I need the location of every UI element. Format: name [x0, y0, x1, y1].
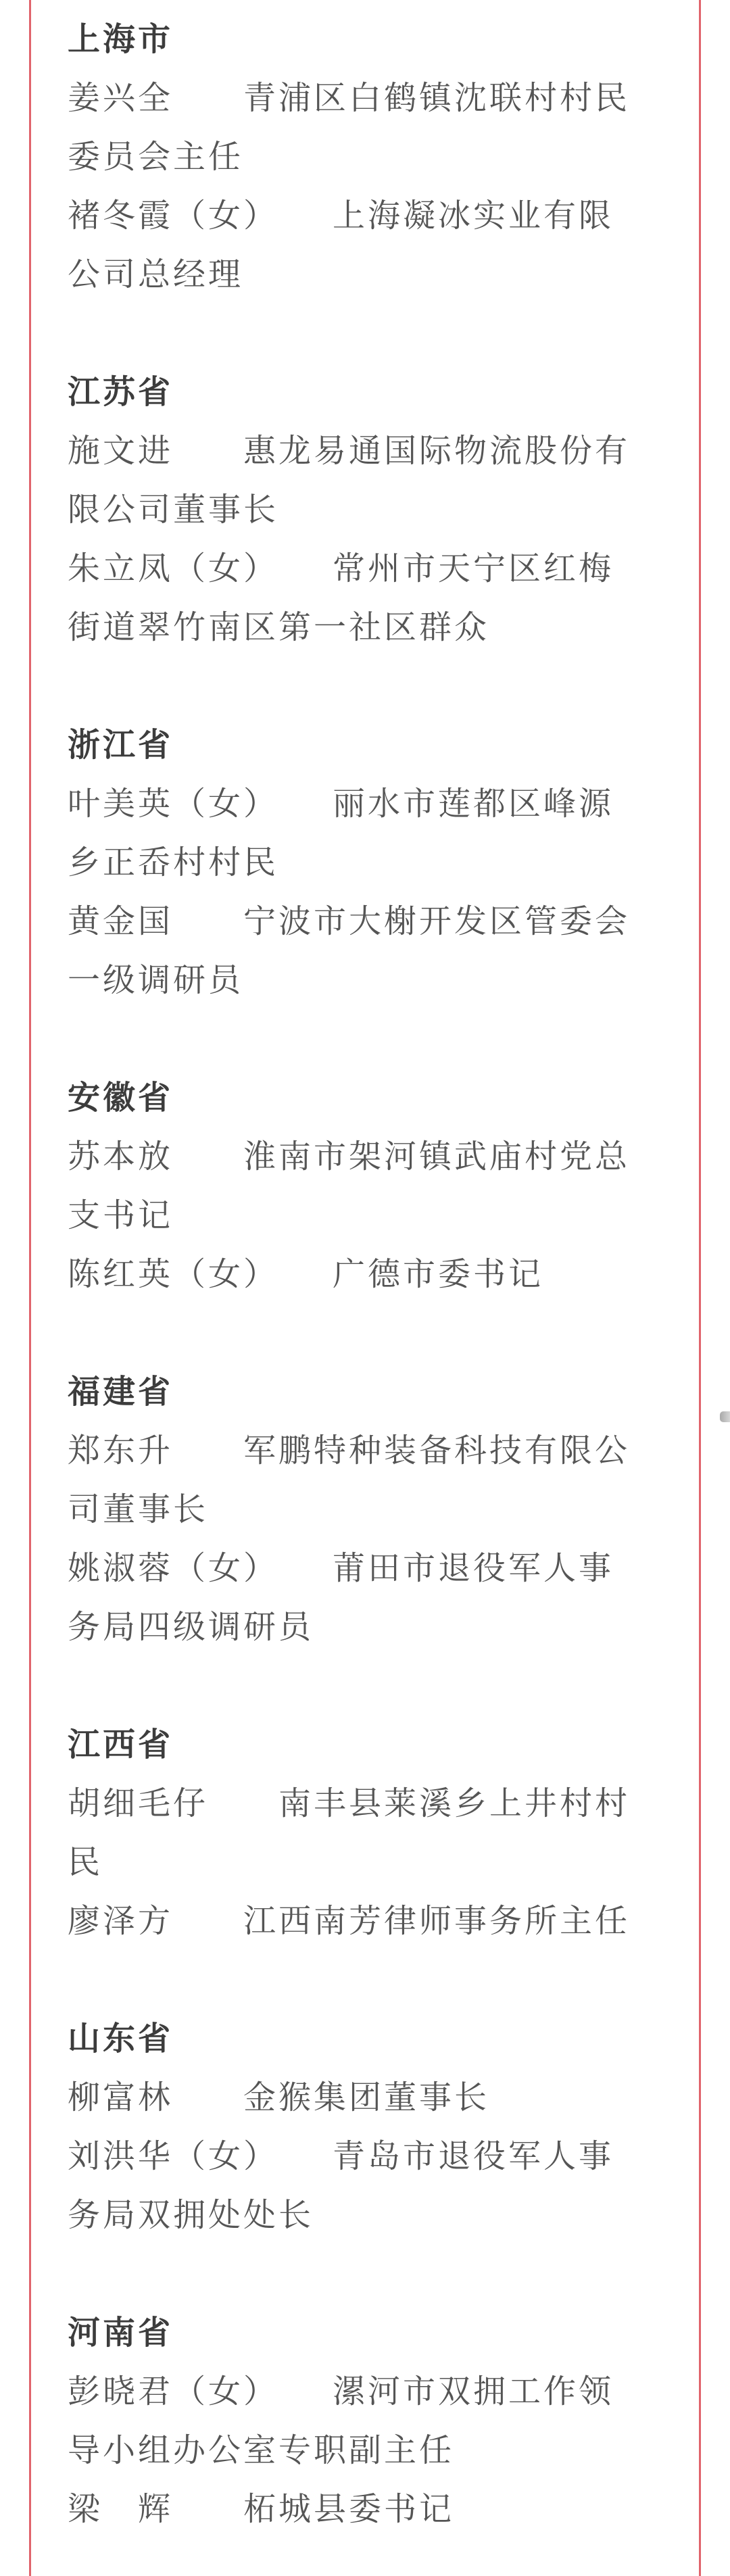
- section-gap: [68, 2245, 635, 2304]
- province-heading: 河南省: [68, 2304, 635, 2362]
- province-heading: 上海市: [68, 10, 635, 69]
- awardee-entry: 朱立凤（女） 常州市天宁区红梅街道翠竹南区第一社区群众: [68, 539, 635, 657]
- section-gap: [68, 304, 635, 363]
- province-heading: 浙江省: [68, 716, 635, 775]
- section-gap: [68, 1951, 635, 2010]
- section-gap: [68, 657, 635, 716]
- awardee-entry: 姚淑蓉（女） 莆田市退役军人事务局四级调研员: [68, 1539, 635, 1657]
- province-heading: 福建省: [68, 1363, 635, 1421]
- awardee-entry: 姜兴全 青浦区白鹤镇沈联村村民委员会主任: [68, 69, 635, 187]
- province-heading: 安徽省: [68, 1069, 635, 1127]
- province-heading: 山东省: [68, 2010, 635, 2068]
- awardee-entry: 胡细毛仔 南丰县莱溪乡上井村村民: [68, 1774, 635, 1892]
- section-gap: [68, 1657, 635, 1716]
- province-heading: 江西省: [68, 1716, 635, 1774]
- awardee-entry: 陈红英（女） 广德市委书记: [68, 1245, 635, 1304]
- awardee-entry: 柳富林 金猴集团董事长: [68, 2068, 635, 2127]
- right-red-border: [699, 0, 701, 2576]
- awardee-entry: 刘洪华（女） 青岛市退役军人事务局双拥处处长: [68, 2127, 635, 2245]
- honoree-list: 上海市姜兴全 青浦区白鹤镇沈联村村民委员会主任褚冬霞（女） 上海凝冰实业有限公司…: [68, 10, 635, 2539]
- awardee-entry: 褚冬霞（女） 上海凝冰实业有限公司总经理: [68, 187, 635, 304]
- awardee-entry: 叶美英（女） 丽水市莲都区峰源乡正岙村村民: [68, 775, 635, 892]
- awardee-entry: 廖泽方 江西南芳律师事务所主任: [68, 1892, 635, 1951]
- awardee-entry: 郑东升 军鹏特种装备科技有限公司董事长: [68, 1421, 635, 1539]
- awardee-entry: 苏本放 淮南市架河镇武庙村党总支书记: [68, 1127, 635, 1245]
- province-heading: 江苏省: [68, 363, 635, 422]
- awardee-entry: 施文进 惠龙易通国际物流股份有限公司董事长: [68, 422, 635, 539]
- awardee-entry: 梁 辉 柘城县委书记: [68, 2480, 635, 2539]
- section-gap: [68, 1304, 635, 1363]
- left-red-border: [29, 0, 31, 2576]
- awardee-entry: 黄金国 宁波市大榭开发区管委会一级调研员: [68, 892, 635, 1010]
- awardee-entry: 彭晓君（女） 漯河市双拥工作领导小组办公室专职副主任: [68, 2362, 635, 2480]
- scrollbar-thumb[interactable]: [720, 1411, 730, 1422]
- section-gap: [68, 1010, 635, 1069]
- award-list-page: { "page": { "background": "#ffffff", "bo…: [0, 0, 730, 2576]
